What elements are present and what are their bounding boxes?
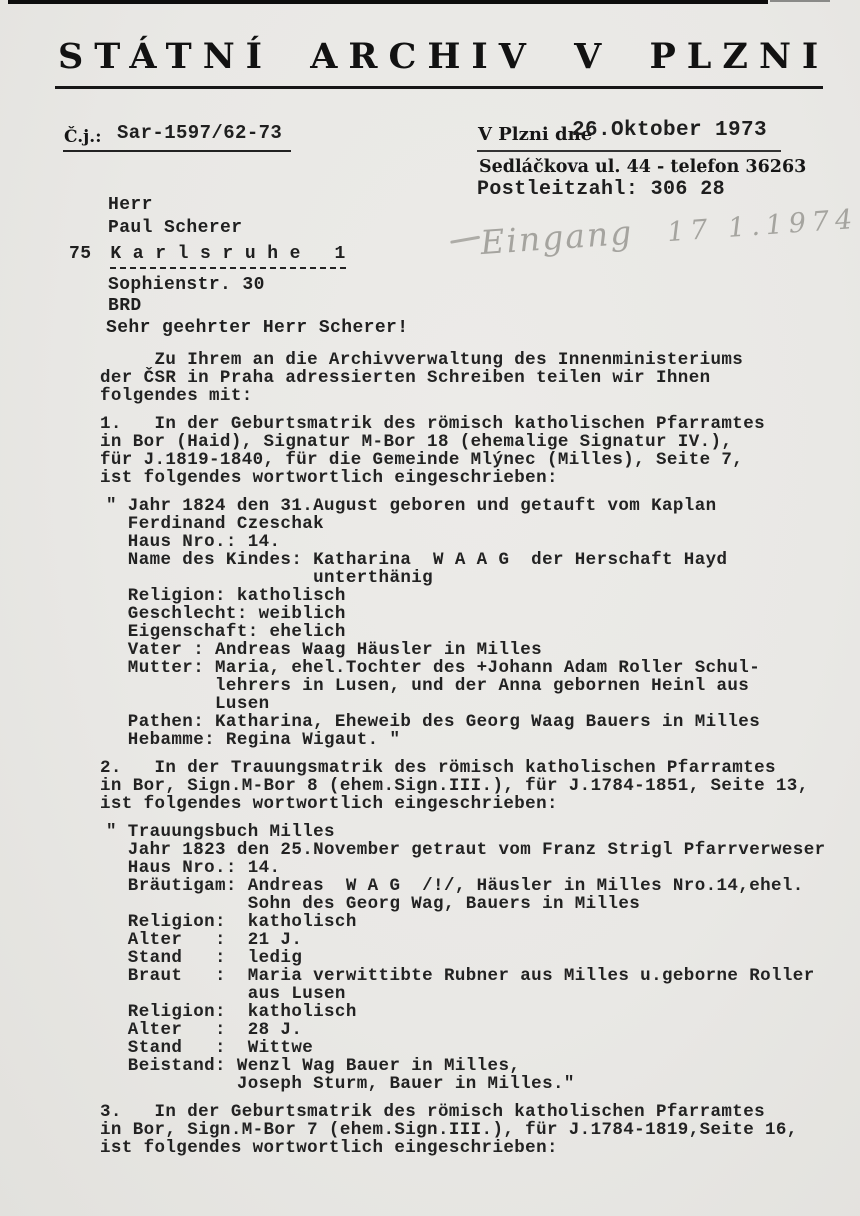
letter-body: Zu Ihrem an die Archivverwaltung des Inn… <box>100 351 826 1167</box>
ref-number-label: Č.j.: <box>64 127 102 147</box>
scan-edge-artifact <box>8 0 768 4</box>
recipient-street: Sophienstr. 30 <box>108 275 346 296</box>
item-2-paragraph: 2. In der Trauungsmatrik des römisch kat… <box>100 759 826 813</box>
letterhead-title: STÁTNÍ ARCHIV V PLZNI <box>58 36 829 77</box>
item-3-paragraph: 3. In der Geburtsmatrik des römisch kath… <box>100 1103 826 1157</box>
handwritten-word: Eingang <box>479 213 634 263</box>
ref-underline <box>63 150 291 152</box>
recipient-title: Herr <box>108 194 346 217</box>
item-1-paragraph: 1. In der Geburtsmatrik des römisch kath… <box>100 415 826 487</box>
postal-code-line: Postleitzahl: 306 28 <box>477 178 725 201</box>
pencil-dash <box>450 236 480 244</box>
date-underline <box>477 150 781 152</box>
intro-paragraph: Zu Ihrem an die Archivverwaltung des Inn… <box>100 351 826 405</box>
recipient-country: BRD <box>108 296 346 316</box>
letter-date: 26.Oktober 1973 <box>572 119 767 142</box>
recipient-block: Herr Paul Scherer 75K a r l s r u h e 1 … <box>69 194 346 316</box>
record-2-quote: " Trauungsbuch Milles Jahr 1823 den 25.N… <box>106 823 826 1093</box>
recipient-name: Paul Scherer <box>108 217 346 240</box>
recipient-city-row: 75K a r l s r u h e 1 <box>69 243 346 269</box>
ref-number-value: Sar-1597/62-73 <box>117 122 282 144</box>
office-address-line: Sedláčkova ul. 44 - telefon 36263 <box>479 157 806 177</box>
salutation: Sehr geehrter Herr Scherer! <box>106 318 408 338</box>
recipient-postcode: 75 <box>69 244 91 264</box>
letterhead-rule <box>55 86 823 89</box>
recipient-city: K a r l s r u h e 1 <box>110 243 345 269</box>
handwritten-date: 17 1.1974 <box>666 204 859 248</box>
record-1-quote: " Jahr 1824 den 31.August geboren und ge… <box>106 497 826 749</box>
letter-page: STÁTNÍ ARCHIV V PLZNI Č.j.: Sar-1597/62-… <box>0 0 860 1216</box>
handwritten-note: Eingang17 1.1974 <box>449 199 831 264</box>
scan-edge-artifact-right <box>770 0 830 2</box>
